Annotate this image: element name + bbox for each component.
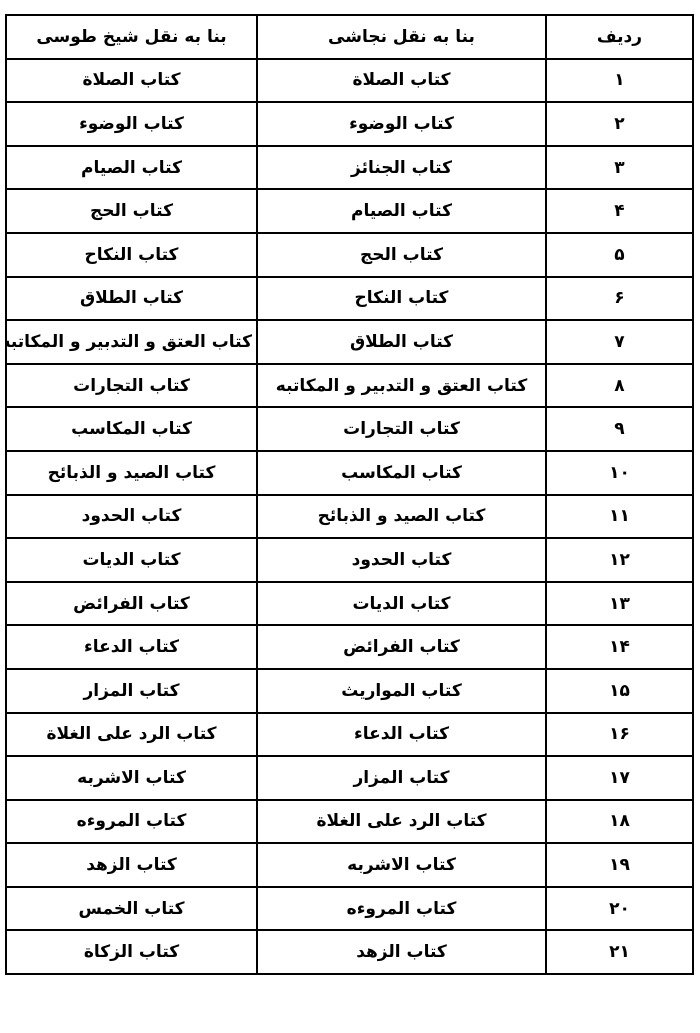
table-row: ۹کتاب التجاراتکتاب المکاسب	[6, 407, 693, 451]
tusi-cell: کتاب الرد علی الغلاة	[6, 713, 257, 757]
table-row: ۲۱کتاب الزهدکتاب الزکاة	[6, 930, 693, 974]
najashi-cell: کتاب العتق و التدبیر و المکاتبه	[257, 364, 546, 408]
radif-cell: ۷	[546, 320, 693, 364]
najashi-cell: کتاب الفرائض	[257, 625, 546, 669]
najashi-cell: کتاب الحج	[257, 233, 546, 277]
tusi-cell: کتاب الزهد	[6, 843, 257, 887]
tusi-cell: کتاب الطلاق	[6, 277, 257, 321]
radif-cell: ۱۹	[546, 843, 693, 887]
header-row: ردیف بنا به نقل نجاشی بنا به نقل شیخ طوس…	[6, 15, 693, 59]
table-row: ۱۶کتاب الدعاءکتاب الرد علی الغلاة	[6, 713, 693, 757]
najashi-cell: کتاب المکاسب	[257, 451, 546, 495]
table-row: ۲۰کتاب المروءهکتاب الخمس	[6, 887, 693, 931]
radif-cell: ۵	[546, 233, 693, 277]
radif-cell: ۱۵	[546, 669, 693, 713]
tusi-cell: کتاب الدیات	[6, 538, 257, 582]
tusi-cell: کتاب الفرائض	[6, 582, 257, 626]
najashi-cell: کتاب المروءه	[257, 887, 546, 931]
table-row: ۸کتاب العتق و التدبیر و المکاتبهکتاب الت…	[6, 364, 693, 408]
najashi-cell: کتاب الصیام	[257, 189, 546, 233]
tusi-cell: کتاب الاشربه	[6, 756, 257, 800]
najashi-cell: کتاب الرد علی الغلاة	[257, 800, 546, 844]
najashi-cell: کتاب الجنائز	[257, 146, 546, 190]
radif-cell: ۹	[546, 407, 693, 451]
najashi-cell: کتاب الصلاة	[257, 59, 546, 103]
books-table-body: ۱کتاب الصلاةکتاب الصلاة۲کتاب الوضوءکتاب …	[6, 59, 693, 974]
tusi-cell: کتاب الحج	[6, 189, 257, 233]
radif-cell: ۴	[546, 189, 693, 233]
najashi-cell: کتاب المواریث	[257, 669, 546, 713]
books-comparison-table: ردیف بنا به نقل نجاشی بنا به نقل شیخ طوس…	[5, 14, 694, 975]
radif-cell: ۱۲	[546, 538, 693, 582]
najashi-cell: کتاب الدعاء	[257, 713, 546, 757]
tusi-cell: کتاب المزار	[6, 669, 257, 713]
radif-cell: ۱۸	[546, 800, 693, 844]
tusi-cell: کتاب المکاسب	[6, 407, 257, 451]
table-row: ۱۸کتاب الرد علی الغلاةکتاب المروءه	[6, 800, 693, 844]
najashi-cell: کتاب الزهد	[257, 930, 546, 974]
tusi-cell: کتاب المروءه	[6, 800, 257, 844]
radif-cell: ۱۰	[546, 451, 693, 495]
najashi-cell: کتاب الوضوء	[257, 102, 546, 146]
radif-cell: ۲۱	[546, 930, 693, 974]
radif-cell: ۱۶	[546, 713, 693, 757]
table-row: ۱۱کتاب الصید و الذبائحکتاب الحدود	[6, 495, 693, 539]
tusi-cell: کتاب الصلاة	[6, 59, 257, 103]
radif-cell: ۱۱	[546, 495, 693, 539]
najashi-cell: کتاب المزار	[257, 756, 546, 800]
najashi-cell: کتاب الحدود	[257, 538, 546, 582]
table-row: ۶کتاب النکاحکتاب الطلاق	[6, 277, 693, 321]
table-row: ۷کتاب الطلاقکتاب العتق و التدبیر و المکا…	[6, 320, 693, 364]
tusi-cell: کتاب الحدود	[6, 495, 257, 539]
tusi-cell: کتاب النکاح	[6, 233, 257, 277]
radif-cell: ۱	[546, 59, 693, 103]
radif-cell: ۱۴	[546, 625, 693, 669]
table-row: ۱۹کتاب الاشربهکتاب الزهد	[6, 843, 693, 887]
tusi-cell: کتاب الوضوء	[6, 102, 257, 146]
column-header-najashi: بنا به نقل نجاشی	[257, 15, 546, 59]
document-page: ردیف بنا به نقل نجاشی بنا به نقل شیخ طوس…	[0, 0, 700, 1033]
table-row: ۱۳کتاب الدیاتکتاب الفرائض	[6, 582, 693, 626]
radif-cell: ۱۷	[546, 756, 693, 800]
radif-cell: ۲	[546, 102, 693, 146]
tusi-cell: کتاب الخمس	[6, 887, 257, 931]
radif-cell: ۸	[546, 364, 693, 408]
tusi-cell: کتاب التجارات	[6, 364, 257, 408]
table-row: ۲کتاب الوضوءکتاب الوضوء	[6, 102, 693, 146]
tusi-cell: کتاب الدعاء	[6, 625, 257, 669]
radif-cell: ۳	[546, 146, 693, 190]
tusi-cell: کتاب الصیام	[6, 146, 257, 190]
najashi-cell: کتاب الاشربه	[257, 843, 546, 887]
radif-cell: ۱۳	[546, 582, 693, 626]
table-row: ۱۵کتاب المواریثکتاب المزار	[6, 669, 693, 713]
table-row: ۱۰کتاب المکاسبکتاب الصید و الذبائح	[6, 451, 693, 495]
radif-cell: ۲۰	[546, 887, 693, 931]
column-header-radif: ردیف	[546, 15, 693, 59]
najashi-cell: کتاب الطلاق	[257, 320, 546, 364]
column-header-tusi: بنا به نقل شیخ طوسی	[6, 15, 257, 59]
najashi-cell: کتاب النکاح	[257, 277, 546, 321]
radif-cell: ۶	[546, 277, 693, 321]
tusi-cell: کتاب العتق و التدبیر و المکاتبه	[6, 320, 257, 364]
najashi-cell: کتاب الدیات	[257, 582, 546, 626]
najashi-cell: کتاب التجارات	[257, 407, 546, 451]
table-row: ۱۲کتاب الحدودکتاب الدیات	[6, 538, 693, 582]
tusi-cell: کتاب الزکاة	[6, 930, 257, 974]
table-row: ۱۷کتاب المزارکتاب الاشربه	[6, 756, 693, 800]
table-row: ۱۴کتاب الفرائضکتاب الدعاء	[6, 625, 693, 669]
tusi-cell: کتاب الصید و الذبائح	[6, 451, 257, 495]
table-row: ۵کتاب الحجکتاب النکاح	[6, 233, 693, 277]
table-row: ۴کتاب الصیامکتاب الحج	[6, 189, 693, 233]
table-row: ۳کتاب الجنائزکتاب الصیام	[6, 146, 693, 190]
najashi-cell: کتاب الصید و الذبائح	[257, 495, 546, 539]
table-row: ۱کتاب الصلاةکتاب الصلاة	[6, 59, 693, 103]
